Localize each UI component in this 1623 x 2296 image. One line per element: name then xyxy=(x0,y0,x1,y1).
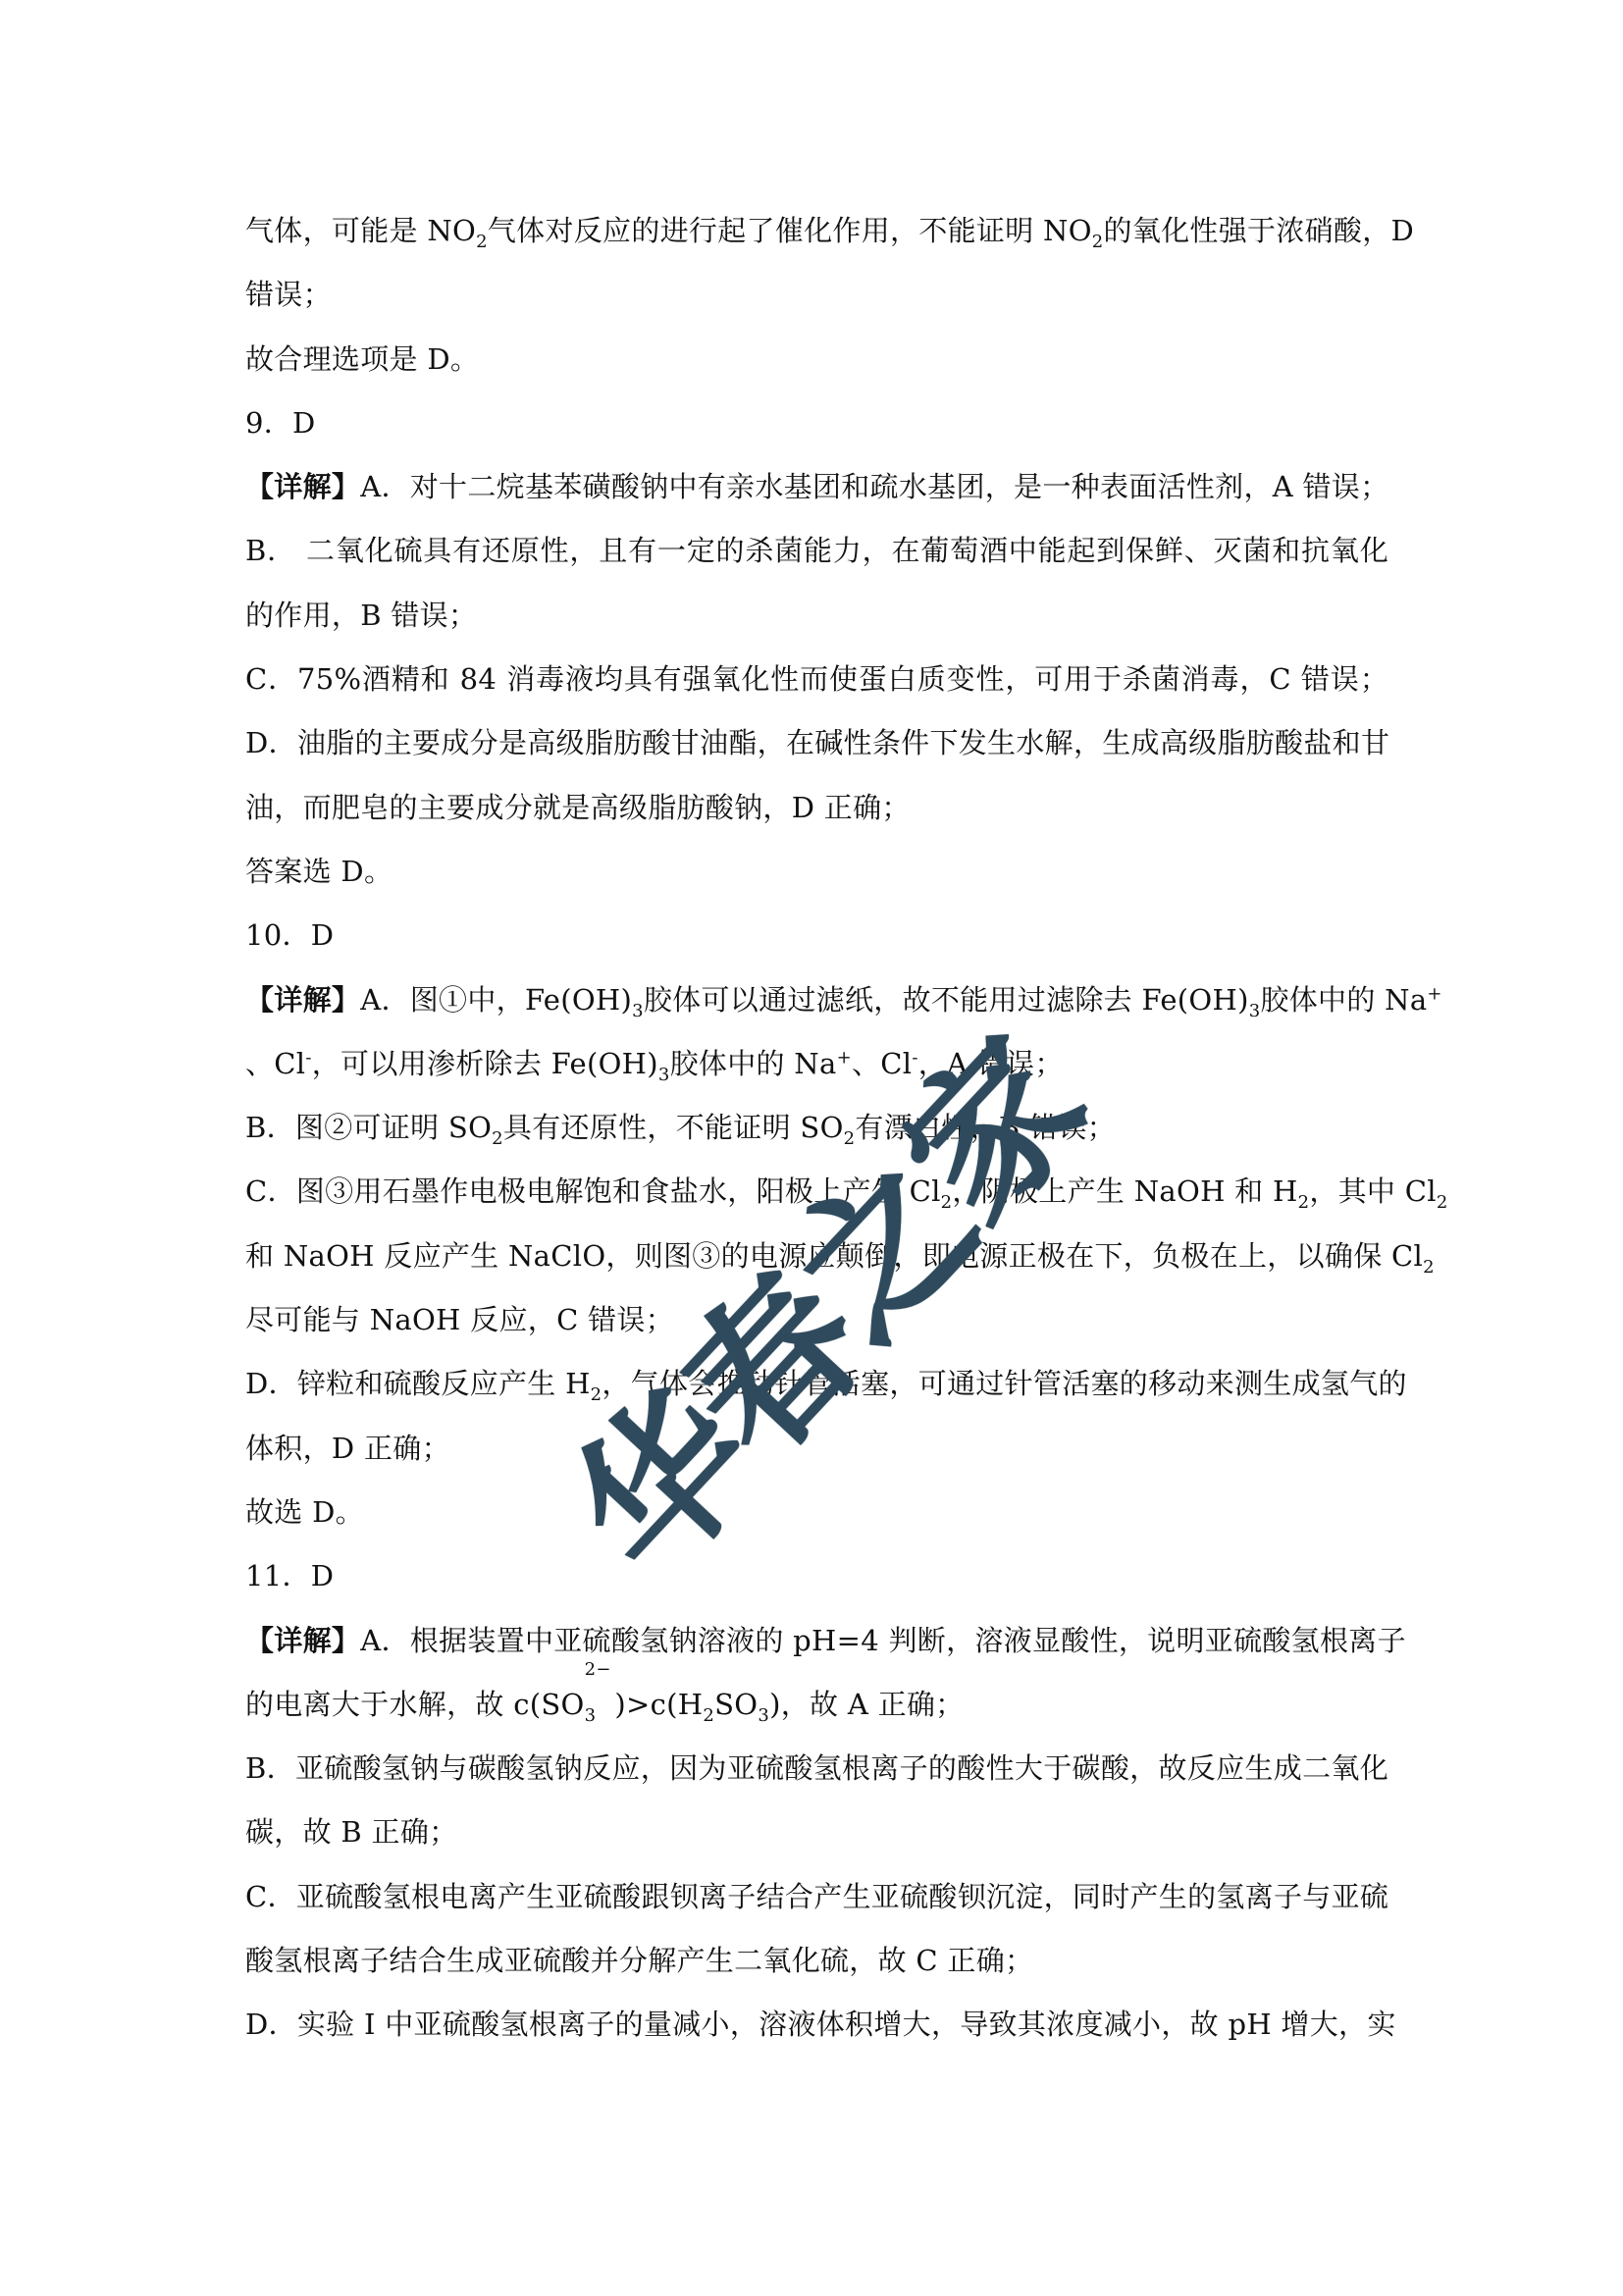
text-segment: ，气体会推动针管活塞，可通过针管活塞的移动来测生成氢气的 xyxy=(602,1367,1406,1400)
q10-option-d-2: 体积，D 正确； xyxy=(245,1420,1388,1484)
text-segment: B．图②可证明 SO xyxy=(245,1111,492,1144)
q9-conclusion: 答案选 D。 xyxy=(245,843,1388,907)
subscript: 3 xyxy=(585,1705,597,1726)
subscript: 3 xyxy=(632,1000,644,1020)
subscript: 3 xyxy=(1249,1000,1261,1020)
explanation-label: 【详解】 xyxy=(245,470,360,503)
explanation-label: 【详解】 xyxy=(245,1624,360,1657)
text-segment: 气体，可能是 NO xyxy=(245,214,476,247)
q9-option-b-1: B． 二氧化硫具有还原性，且有一定的杀菌能力，在葡萄酒中能起到保鲜、灭菌和抗氧化 xyxy=(245,522,1388,586)
subscript: 2 xyxy=(703,1705,714,1726)
text-segment: )，故 A 正确； xyxy=(769,1688,964,1721)
q10-option-b: B．图②可证明 SO2具有还原性，不能证明 SO2有漂白性，B 错误； xyxy=(245,1099,1388,1163)
text-segment: ，A 错误； xyxy=(918,1047,1064,1080)
subscript: 2 xyxy=(492,1128,503,1149)
q9-option-d-2: 油，而肥皂的主要成分就是高级脂肪酸钠，D 正确； xyxy=(245,779,1388,843)
explanation-label: 【详解】 xyxy=(245,983,360,1017)
text-segment: 具有还原性，不能证明 SO xyxy=(503,1111,844,1144)
superscript: + xyxy=(1427,983,1441,1004)
subscript: 2 xyxy=(844,1128,856,1149)
q11-option-d-1: D．实验 I 中亚硫酸氢根离子的量减小，溶液体积增大，导致其浓度减小，故 pH … xyxy=(245,1996,1388,2060)
document-page: 气体，可能是 NO2气体对反应的进行起了催化作用，不能证明 NO2的氧化性强于浓… xyxy=(245,202,1388,2061)
text-segment: A．图①中，Fe(OH) xyxy=(360,983,632,1017)
q11-option-c-2: 酸氢根离子结合生成亚硫酸并分解产生二氧化硫，故 C 正确； xyxy=(245,1932,1388,1996)
text-segment: 、Cl xyxy=(852,1047,912,1080)
text-segment: C．图③用石墨作电极电解饱和食盐水，阳极上产生 Cl xyxy=(245,1174,941,1208)
q11-option-b-1: B．亚硫酸氢钠与碳酸氢钠反应，因为亚硫酸氢根离子的酸性大于碳酸，故反应生成二氧化 xyxy=(245,1740,1388,1803)
text-segment: 的氧化性强于浓硝酸，D xyxy=(1104,214,1415,247)
question-9-answer: 9．D xyxy=(245,394,1388,458)
q10-option-a-1: 【详解】A．图①中，Fe(OH)3胶体可以通过滤纸，故不能用过滤除去 Fe(OH… xyxy=(245,971,1388,1035)
text-segment: 和 NaOH 反应产生 NaClO，则图③的电源应颠倒，即电源正极在下，负极在上… xyxy=(245,1239,1423,1273)
subscript: 3 xyxy=(658,1065,670,1085)
text-segment: A．对十二烷基苯磺酸钠中有亲水基团和疏水基团，是一种表面活性剂，A 错误； xyxy=(360,470,1388,503)
text-segment: 胶体可以通过滤纸，故不能用过滤除去 Fe(OH) xyxy=(644,983,1249,1017)
subscript: 2 xyxy=(1423,1257,1435,1278)
q10-conclusion: 故选 D。 xyxy=(245,1484,1388,1547)
q10-option-d-1: D．锌粒和硫酸反应产生 H2，气体会推动针管活塞，可通过针管活塞的移动来测生成氢… xyxy=(245,1355,1388,1419)
q10-option-a-2: 、Cl-，可以用渗析除去 Fe(OH)3胶体中的 Na+、Cl-，A 错误； xyxy=(245,1035,1388,1099)
text-segment: 气体对反应的进行起了催化作用，不能证明 NO xyxy=(488,214,1092,247)
q11-option-c-1: C．亚硫酸氢根电离产生亚硫酸跟钡离子结合产生亚硫酸钡沉淀，同时产生的氢离子与亚硫 xyxy=(245,1868,1388,1932)
q11-option-a-1: 【详解】A．根据装置中亚硫酸氢钠溶液的 pH=4 判断，溶液显酸性，说明亚硫酸氢… xyxy=(245,1612,1388,1676)
text-line-q8-d-1: 气体，可能是 NO2气体对反应的进行起了催化作用，不能证明 NO2的氧化性强于浓… xyxy=(245,202,1388,266)
superscript: + xyxy=(837,1047,852,1068)
subscript: 2 xyxy=(1437,1192,1448,1213)
subscript: 2 xyxy=(476,232,488,252)
q9-option-b-2: 的作用，B 错误； xyxy=(245,587,1388,651)
question-10-answer: 10．D xyxy=(245,907,1388,970)
text-segment: 有漂白性，B 错误； xyxy=(855,1111,1116,1144)
text-segment: A．根据装置中亚硫酸氢钠溶液的 pH=4 判断，溶液显酸性，说明亚硫酸氢根离子 xyxy=(360,1624,1406,1657)
q11-option-a-2: 的电离大于水解，故 c(SO2−3​ )>c(H2SO3)，故 A 正确； xyxy=(245,1676,1388,1740)
text-segment: ，其中 Cl xyxy=(1309,1174,1436,1208)
q11-option-b-2: 碳，故 B 正确； xyxy=(245,1803,1388,1867)
q9-option-c: C．75%酒精和 84 消毒液均具有强氧化性而使蛋白质变性，可用于杀菌消毒，C … xyxy=(245,651,1388,714)
text-segment: 胶体中的 Na xyxy=(1260,983,1427,1017)
text-segment: 胶体中的 Na xyxy=(670,1047,837,1080)
text-line-q8-d-2: 错误； xyxy=(245,266,1388,330)
text-segment: D．锌粒和硫酸反应产生 H xyxy=(245,1367,591,1400)
question-11-answer: 11．D xyxy=(245,1547,1388,1611)
q10-option-c-3: 尽可能与 NaOH 反应，C 错误； xyxy=(245,1291,1388,1355)
subscript: 2 xyxy=(591,1384,602,1405)
text-segment: ，可以用渗析除去 Fe(OH) xyxy=(312,1047,658,1080)
q8-conclusion: 故合理选项是 D。 xyxy=(245,331,1388,394)
text-segment: 、Cl xyxy=(245,1047,305,1080)
subscript: 2 xyxy=(1092,232,1104,252)
subscript: 3 xyxy=(758,1705,769,1726)
q10-option-c-1: C．图③用石墨作电极电解饱和食盐水，阳极上产生 Cl2，阴极上产生 NaOH 和… xyxy=(245,1163,1388,1226)
text-segment: SO xyxy=(714,1688,758,1721)
text-segment: 的电离大于水解，故 c(SO xyxy=(245,1688,585,1721)
q9-option-d-1: D．油脂的主要成分是高级脂肪酸甘油酯，在碱性条件下发生水解，生成高级脂肪酸盐和甘 xyxy=(245,714,1388,778)
subscript: 2 xyxy=(1298,1192,1310,1213)
subscript: 2 xyxy=(941,1192,953,1213)
q10-option-c-2: 和 NaOH 反应产生 NaClO，则图③的电源应颠倒，即电源正极在下，负极在上… xyxy=(245,1227,1388,1291)
q9-option-a: 【详解】A．对十二烷基苯磺酸钠中有亲水基团和疏水基团，是一种表面活性剂，A 错误… xyxy=(245,458,1388,522)
text-segment: )>c(H xyxy=(614,1688,703,1721)
text-segment: ，阴极上产生 NaOH 和 H xyxy=(952,1174,1297,1208)
